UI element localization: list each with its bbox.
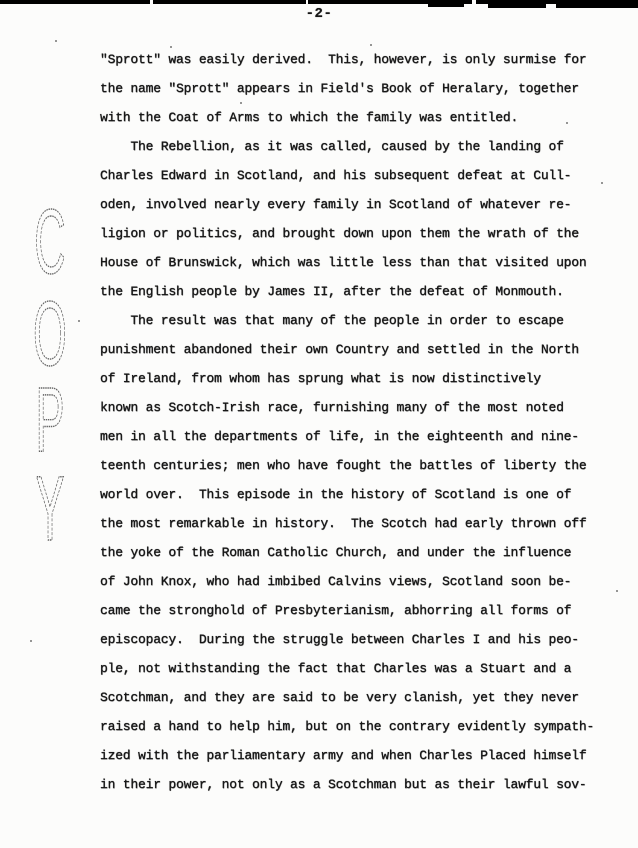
- text-line: ized with the parliamentary army and whe…: [100, 741, 610, 770]
- watermark-letter-y: Y: [36, 458, 65, 558]
- text-line: the English people by James II, after th…: [100, 277, 610, 306]
- text-line: episcopacy. During the struggle between …: [100, 625, 610, 654]
- text-line: the yoke of the Roman Catholic Church, a…: [100, 538, 610, 567]
- text-line: raised a hand to help him, but on the co…: [100, 712, 610, 741]
- scan-artifact-gap: [306, 0, 308, 4]
- watermark-letter-p: P: [36, 369, 65, 471]
- scan-speck: [78, 320, 80, 322]
- scan-speck: [520, 700, 522, 702]
- text-line: ple, not withstanding the fact that Char…: [100, 654, 610, 683]
- typewritten-text-block: "Sprott" was easily derived. This, howev…: [100, 45, 610, 799]
- text-line: with the Coat of Arms to which the famil…: [100, 103, 610, 132]
- text-line: oden, involved nearly every family in Sc…: [100, 190, 610, 219]
- text-line: of John Knox, who had imbibed Calvins vi…: [100, 567, 610, 596]
- text-line: in their power, not only as a Scotchman …: [100, 770, 610, 799]
- text-line: punishment abandoned their own Country a…: [100, 335, 610, 364]
- text-line: men in all the departments of life, in t…: [100, 422, 610, 451]
- text-line: the most remarkable in history. The Scot…: [100, 509, 610, 538]
- scan-speck: [55, 40, 57, 42]
- document-page: -2- C O P Y "Sprott" was easily derived.…: [0, 0, 638, 848]
- scan-speck: [30, 640, 32, 642]
- scan-speck: [566, 122, 568, 124]
- watermark-letter-c: C: [34, 191, 65, 293]
- scan-speck: [616, 590, 618, 592]
- text-line: ligion or politics, and brought down upo…: [100, 219, 610, 248]
- text-line: of Ireland, from whom has sprung what is…: [100, 364, 610, 393]
- text-line: came the stronghold of Presbyterianism, …: [100, 596, 610, 625]
- text-line: known as Scotch-Irish race, furnishing m…: [100, 393, 610, 422]
- text-line: "Sprott" was easily derived. This, howev…: [100, 45, 610, 74]
- text-line: world over. This episode in the history …: [100, 480, 610, 509]
- scan-speck: [240, 102, 242, 104]
- scan-speck: [601, 182, 603, 184]
- scan-speck: [370, 44, 372, 46]
- text-line: The Rebellion, as it was called, caused …: [100, 132, 610, 161]
- text-line: Scotchman, and they are said to be very …: [100, 683, 610, 712]
- text-line: Charles Edward in Scotland, and his subs…: [100, 161, 610, 190]
- text-line: The result was that many of the people i…: [100, 306, 610, 335]
- scan-speck: [170, 46, 172, 48]
- scan-artifact-gap: [150, 0, 153, 4]
- text-line: House of Brunswick, which was little les…: [100, 248, 610, 277]
- page-number: -2-: [0, 6, 638, 22]
- text-line: the name "Sprott" appears in Field's Boo…: [100, 74, 610, 103]
- text-line: teenth centuries; men who have fought th…: [100, 451, 610, 480]
- copy-watermark: C O P Y: [16, 186, 100, 558]
